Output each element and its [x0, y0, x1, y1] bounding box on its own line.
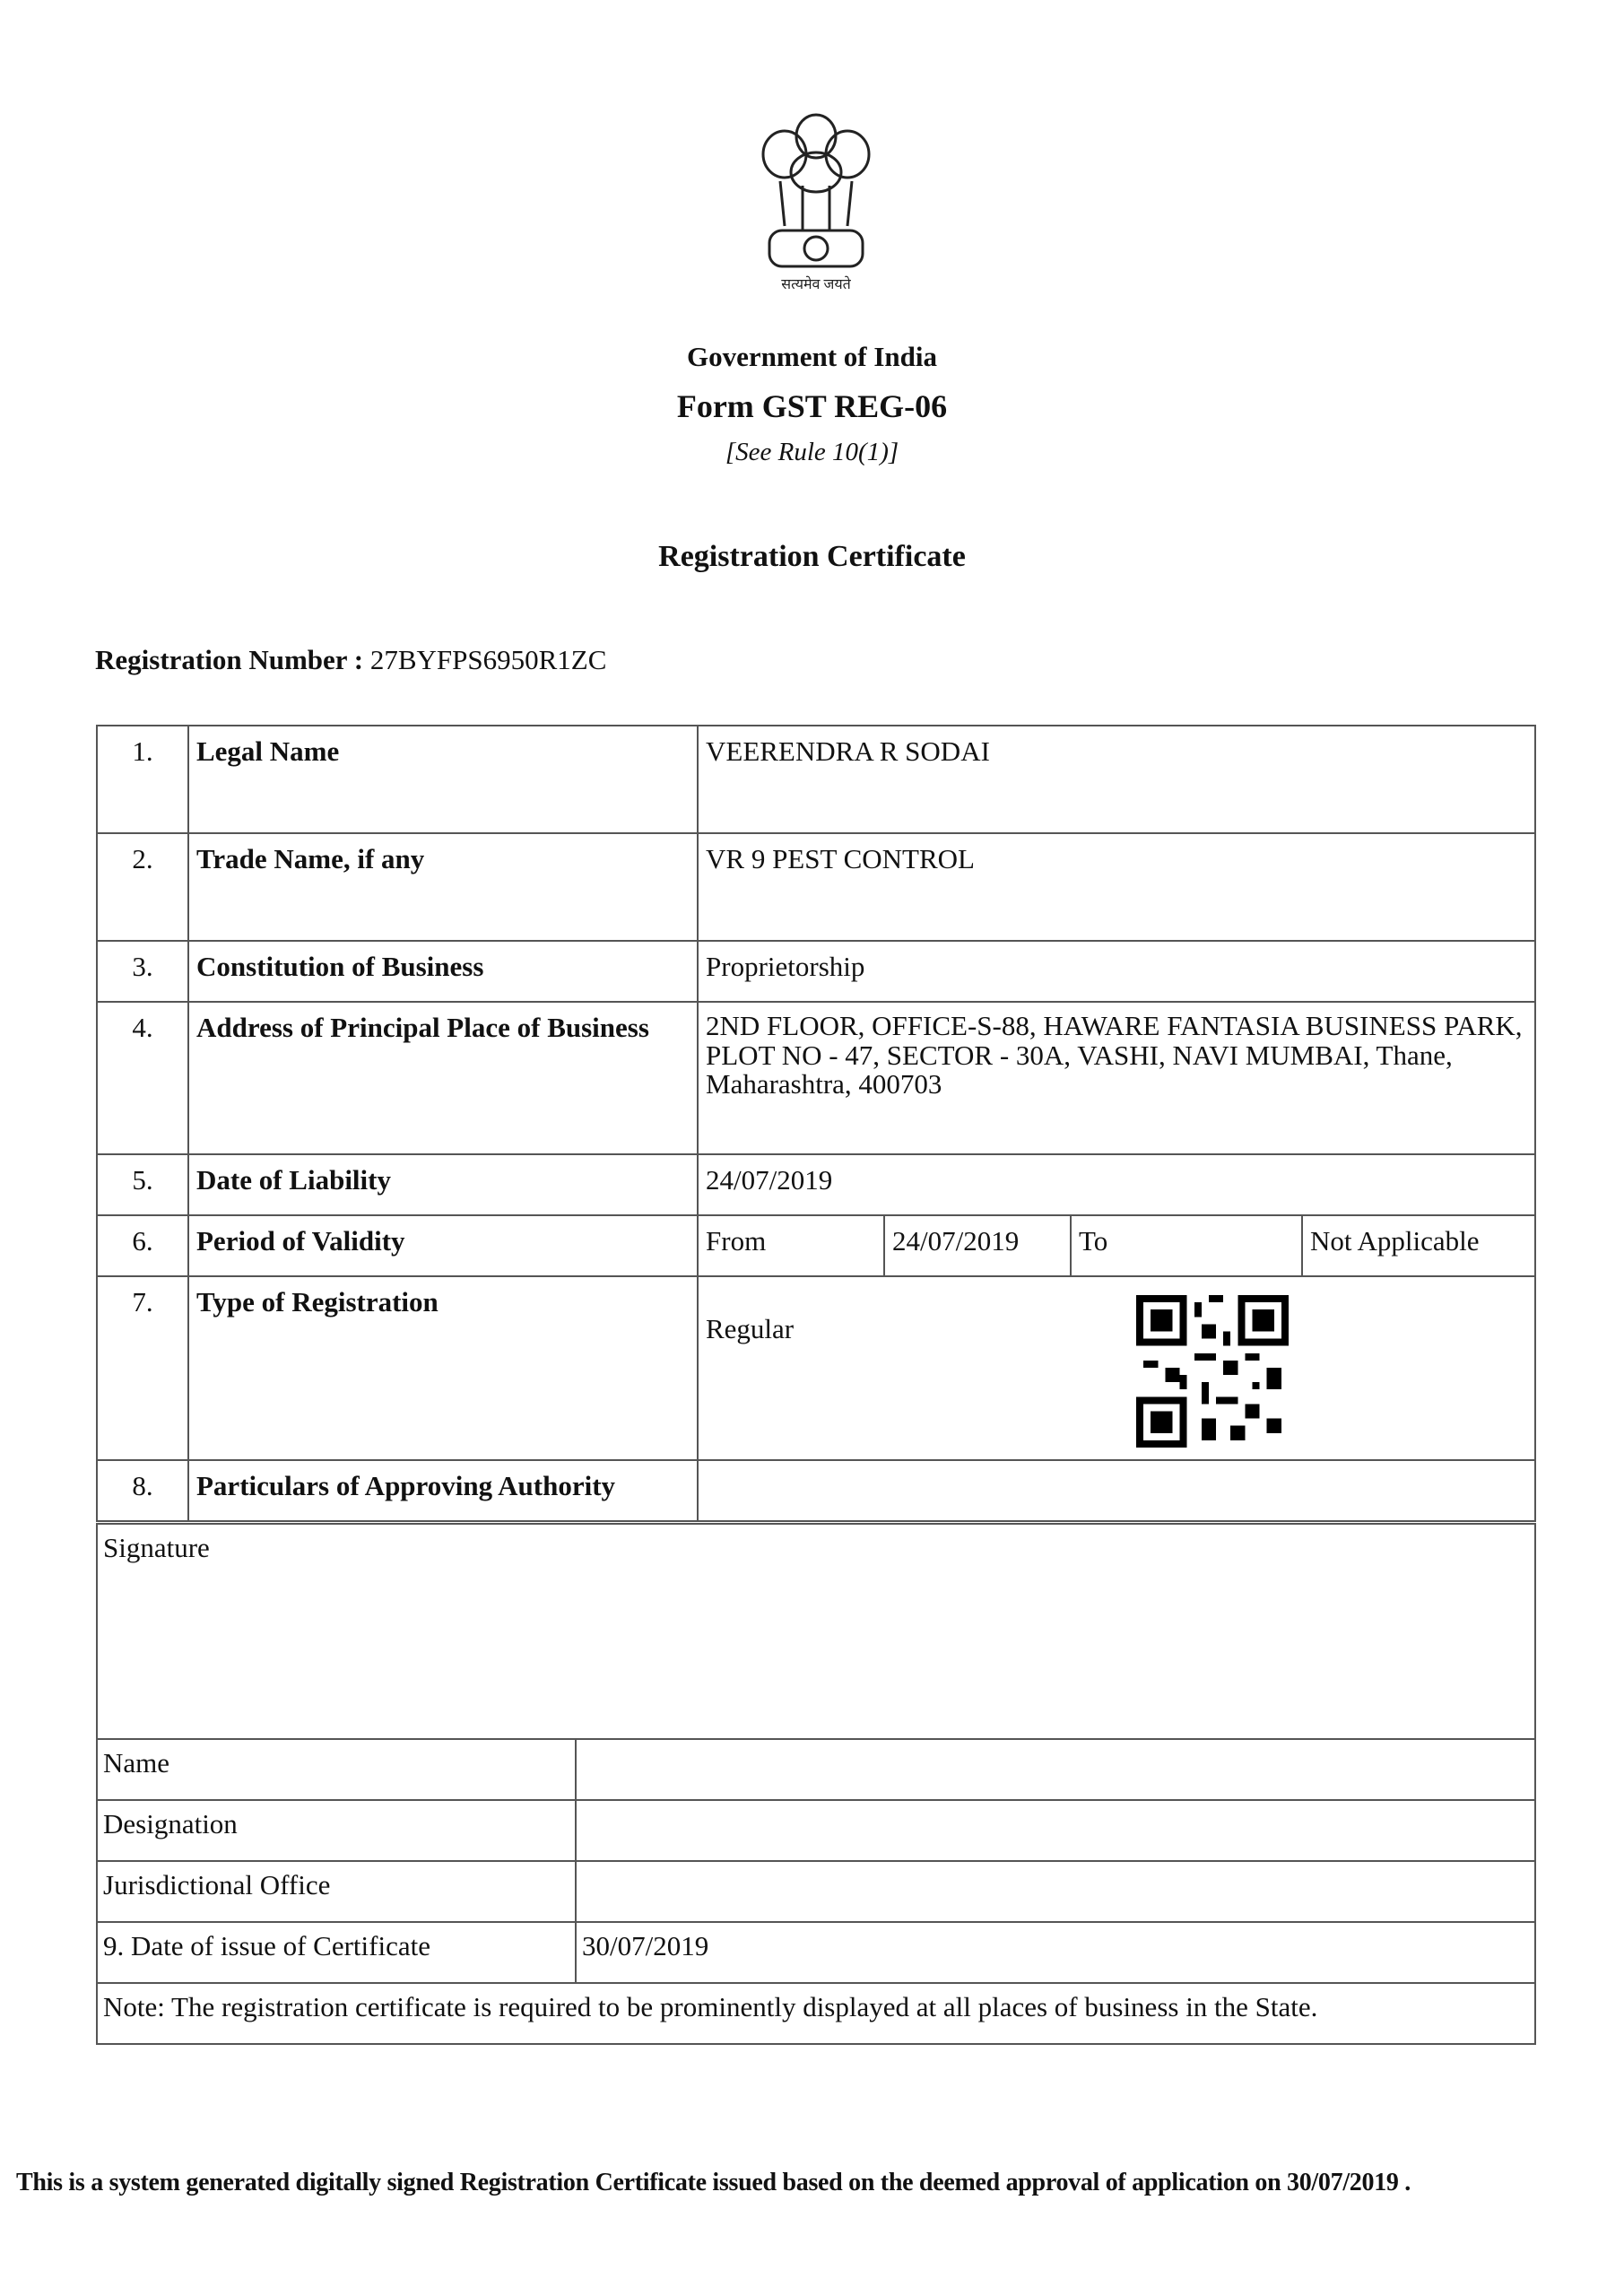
- row-value: 2ND FLOOR, OFFICE-S-88, HAWARE FANTASIA …: [698, 1002, 1535, 1154]
- system-generated-footer: This is a system generated digitally sig…: [16, 2169, 1411, 2197]
- validity-to-date: Not Applicable: [1302, 1215, 1535, 1276]
- row-label: Constitution of Business: [188, 941, 698, 1002]
- certificate-table: 1. Legal Name VEERENDRA R SODAI 2. Trade…: [96, 725, 1536, 1522]
- designation-value: [576, 1800, 1535, 1861]
- row-label: Date of Liability: [188, 1154, 698, 1215]
- government-heading: Government of India: [0, 341, 1624, 373]
- row-number: 1.: [97, 726, 188, 833]
- row-label: Particulars of Approving Authority: [188, 1460, 698, 1521]
- qr-code-icon: [1136, 1295, 1289, 1448]
- validity-from-date: 24/07/2019: [884, 1215, 1071, 1276]
- row-value: Proprietorship: [698, 941, 1535, 1002]
- row-value: VEERENDRA R SODAI: [698, 726, 1535, 833]
- table-row: 2. Trade Name, if any VR 9 PEST CONTROL: [97, 833, 1535, 941]
- issue-date-value: 30/07/2019: [576, 1922, 1535, 1983]
- row-number: 6.: [97, 1215, 188, 1276]
- registration-type-cell: Regular: [698, 1276, 1535, 1460]
- validity-from-label: From: [698, 1215, 884, 1276]
- row-number: 7.: [97, 1276, 188, 1460]
- registration-type: Regular: [706, 1313, 794, 1345]
- row-number: 2.: [97, 833, 188, 941]
- jurisdictional-office-value: [576, 1861, 1535, 1922]
- national-emblem-icon: सत्यमेव जयते: [753, 100, 879, 293]
- row-number: 3.: [97, 941, 188, 1002]
- row-number: 5.: [97, 1154, 188, 1215]
- approving-authority-table: Signature Name Designation Jurisdictiona…: [96, 1523, 1536, 2045]
- table-row: 7. Type of Registration Regular: [97, 1276, 1535, 1460]
- table-row: 8. Particulars of Approving Authority: [97, 1460, 1535, 1521]
- registration-number-value: 27BYFPS6950R1ZC: [370, 644, 607, 675]
- row-value: [698, 1460, 1535, 1521]
- row-value: 24/07/2019: [698, 1154, 1535, 1215]
- row-number: 8.: [97, 1460, 188, 1521]
- registration-number-label: Registration Number :: [95, 644, 363, 675]
- name-label: Name: [97, 1739, 576, 1800]
- signature-label: Signature: [97, 1524, 1535, 1739]
- row-label: Period of Validity: [188, 1215, 698, 1276]
- validity-to-label: To: [1071, 1215, 1302, 1276]
- table-row: 3. Constitution of Business Proprietorsh…: [97, 941, 1535, 1002]
- table-row: 6. Period of Validity From 24/07/2019 To…: [97, 1215, 1535, 1276]
- row-label: Type of Registration: [188, 1276, 698, 1460]
- row-number: 4.: [97, 1002, 188, 1154]
- table-row: 4. Address of Principal Place of Busines…: [97, 1002, 1535, 1154]
- display-note: Note: The registration certificate is re…: [97, 1983, 1535, 2044]
- table-row: 1. Legal Name VEERENDRA R SODAI: [97, 726, 1535, 833]
- certificate-title: Registration Certificate: [0, 540, 1624, 574]
- issue-date-label: 9. Date of issue of Certificate: [97, 1922, 576, 1983]
- form-title: Form GST REG-06: [0, 387, 1624, 425]
- row-value: VR 9 PEST CONTROL: [698, 833, 1535, 941]
- row-label: Legal Name: [188, 726, 698, 833]
- designation-label: Designation: [97, 1800, 576, 1861]
- registration-number: Registration Number : 27BYFPS6950R1ZC: [95, 644, 606, 676]
- table-row: 5. Date of Liability 24/07/2019: [97, 1154, 1535, 1215]
- row-label: Trade Name, if any: [188, 833, 698, 941]
- rule-reference: [See Rule 10(1)]: [0, 438, 1624, 467]
- row-label: Address of Principal Place of Business: [188, 1002, 698, 1154]
- jurisdictional-office-label: Jurisdictional Office: [97, 1861, 576, 1922]
- svg-text:सत्यमेव जयते: सत्यमेव जयते: [781, 275, 851, 292]
- name-value: [576, 1739, 1535, 1800]
